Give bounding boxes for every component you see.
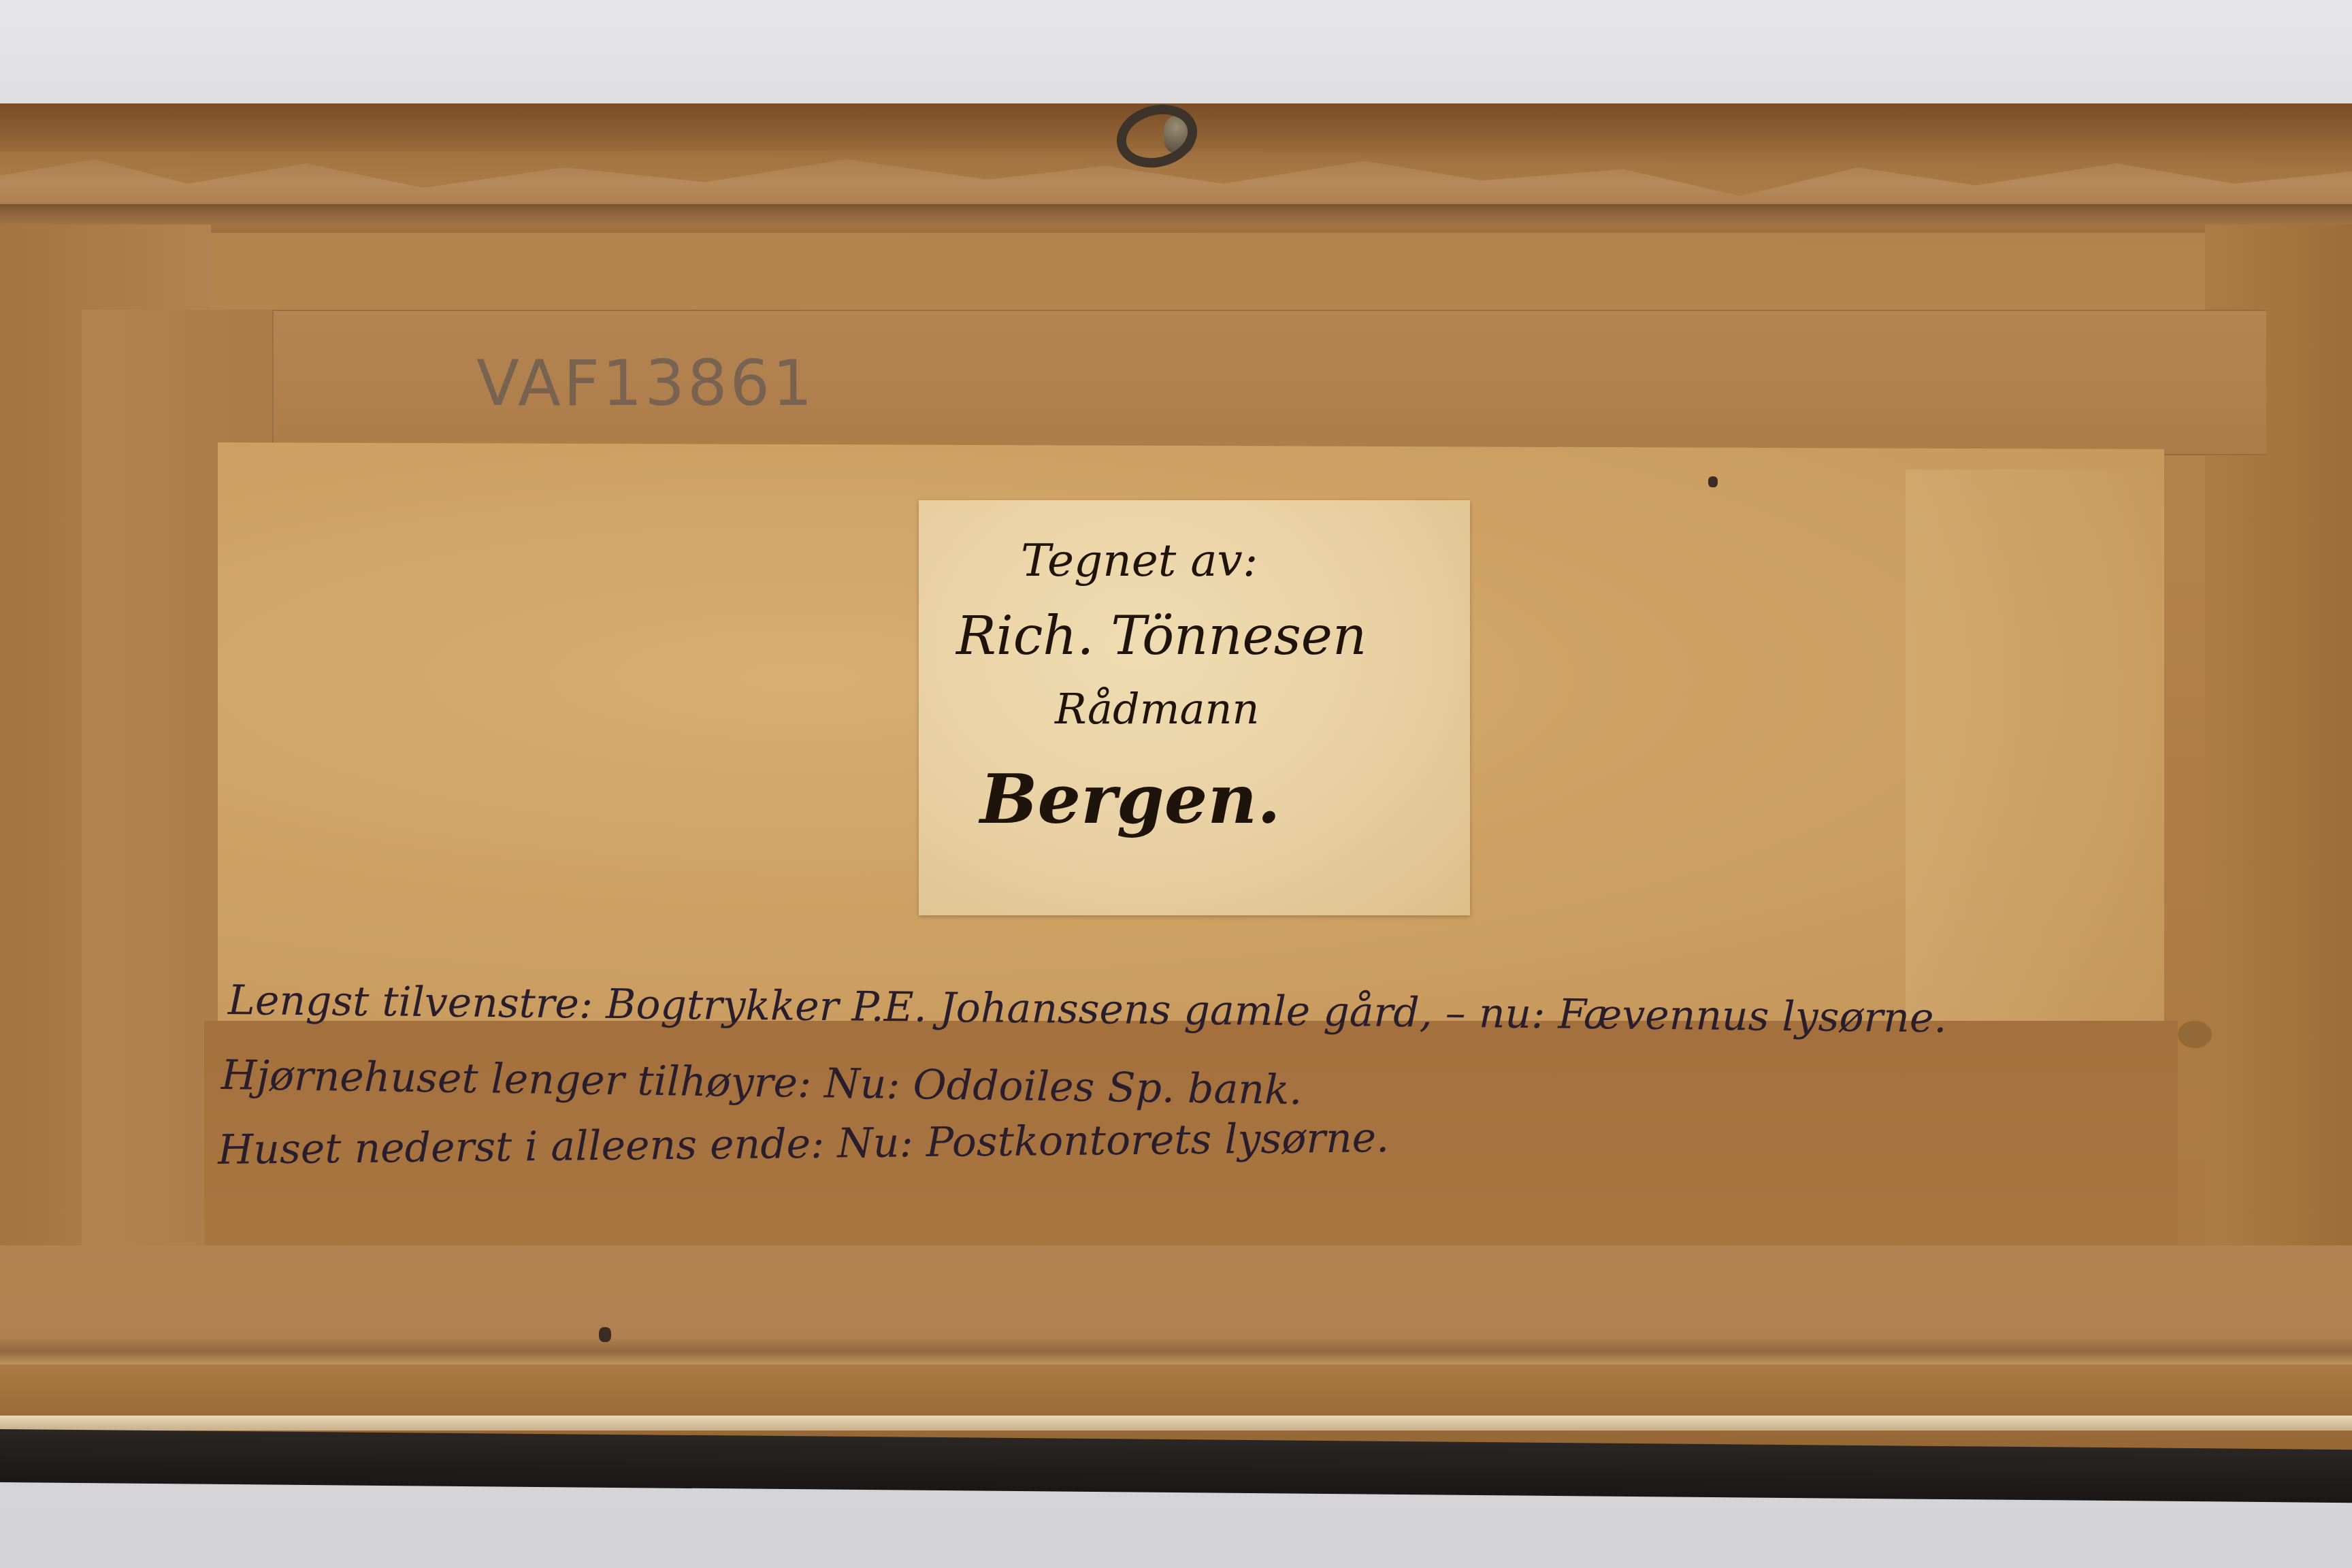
- label-drawn-by: Tegnet av:: [1021, 534, 1258, 587]
- torn-paper-shadow: [0, 204, 2352, 225]
- paper-fold: [0, 1337, 2352, 1365]
- label-card: Tegnet av: Rich. Tönnesen Rådmann Bergen…: [919, 500, 1470, 915]
- label-title: Rådmann: [1055, 684, 1259, 734]
- nail-icon: [1708, 476, 1718, 487]
- nail-icon: [599, 1327, 611, 1342]
- label-artist-name: Rich. Tönnesen: [956, 606, 1367, 667]
- inventory-number: VAF13861: [476, 347, 815, 420]
- light-paper-sheet-highlight: [1906, 470, 2164, 1028]
- frame-lower-rail: [0, 1245, 2352, 1416]
- frame-bottom-edge: [0, 1416, 2352, 1431]
- label-city: Bergen.: [980, 759, 1281, 839]
- stain: [2178, 1021, 2212, 1048]
- paper-tape-top: [82, 310, 2266, 455]
